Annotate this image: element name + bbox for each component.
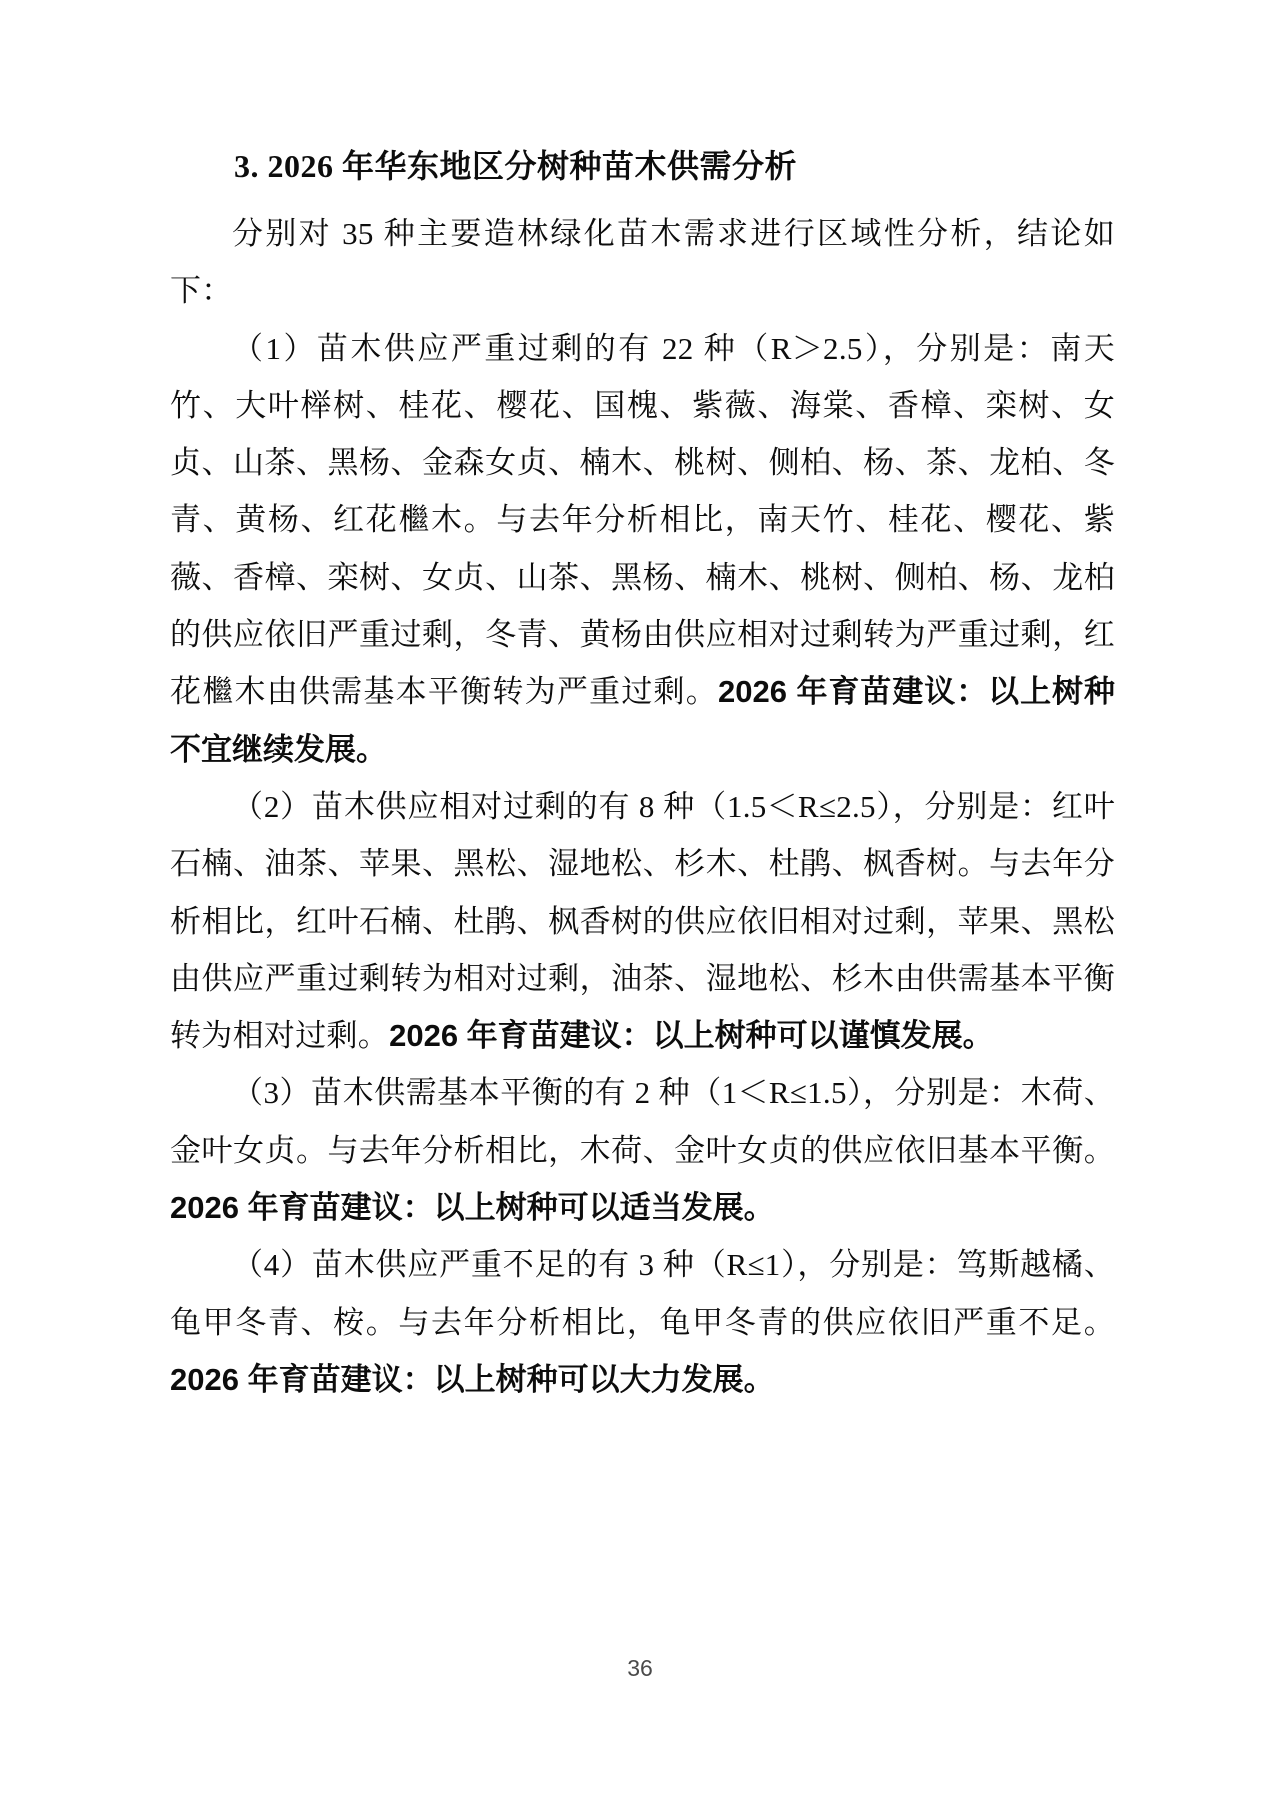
paragraph-balanced: （3）苗木供需基本平衡的有 2 种（1＜R≤1.5），分别是：木荷、金叶女贞。与…: [170, 1064, 1115, 1236]
intro-paragraph: 分别对 35 种主要造林绿化苗木需求进行区域性分析，结论如下：: [170, 205, 1115, 320]
section-heading: 3. 2026 年华东地区分树种苗木供需分析: [170, 138, 1115, 195]
paragraph-balanced-advice: 2026 年育苗建议：以上树种可以适当发展。: [170, 1190, 775, 1225]
paragraph-shortage: （4）苗木供应严重不足的有 3 种（R≤1），分别是：笃斯越橘、龟甲冬青、桉。与…: [170, 1236, 1115, 1408]
paragraph-shortage-body: （4）苗木供应严重不足的有 3 种（R≤1），分别是：笃斯越橘、龟甲冬青、桉。与…: [170, 1247, 1115, 1339]
page-number: 36: [0, 1655, 1280, 1682]
paragraph-oversupply-relative-body: （2）苗木供应相对过剩的有 8 种（1.5＜R≤2.5），分别是：红叶石楠、油茶…: [170, 789, 1115, 1053]
paragraph-shortage-advice: 2026 年育苗建议：以上树种可以大力发展。: [170, 1362, 775, 1397]
paragraph-oversupply-relative-advice: 2026 年育苗建议：以上树种可以谨慎发展。: [389, 1018, 994, 1053]
document-page: 3. 2026 年华东地区分树种苗木供需分析 分别对 35 种主要造林绿化苗木需…: [0, 0, 1280, 1810]
paragraph-balanced-body: （3）苗木供需基本平衡的有 2 种（1＜R≤1.5），分别是：木荷、金叶女贞。与…: [170, 1075, 1115, 1167]
paragraph-oversupply-severe-body: （1）苗木供应严重过剩的有 22 种（R＞2.5），分别是：南天竹、大叶榉树、桂…: [170, 331, 1115, 710]
paragraph-oversupply-severe: （1）苗木供应严重过剩的有 22 种（R＞2.5），分别是：南天竹、大叶榉树、桂…: [170, 320, 1115, 778]
paragraph-oversupply-relative: （2）苗木供应相对过剩的有 8 种（1.5＜R≤2.5），分别是：红叶石楠、油茶…: [170, 778, 1115, 1064]
